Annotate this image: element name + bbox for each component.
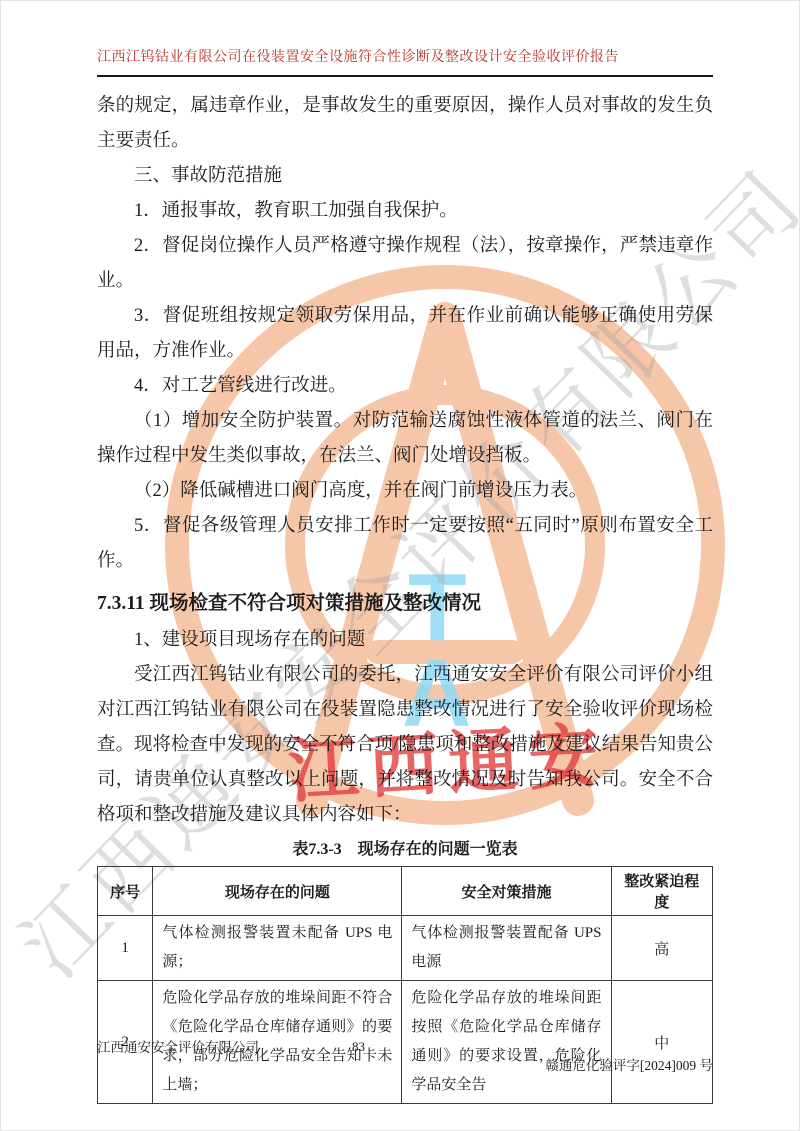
paragraph-entrustment: 受江西江钨钴业有限公司的委托，江西通安安全评价有限公司评价小组对江西江钨钴业有限…	[97, 658, 713, 833]
cell-urgency: 中	[611, 981, 713, 1104]
paragraph-item-4-1: （1）增加安全防护装置。对防范输送腐蚀性液体管道的法兰、阀门在操作过程中发生类似…	[97, 404, 713, 474]
footer-company-name: 江西通安安全评价有限公司	[97, 1036, 259, 1056]
paragraph-heading-three: 三、事故防范措施	[97, 159, 713, 194]
paragraph-subitem-1: 1、建设项目现场存在的问题	[97, 623, 713, 658]
col-header-problem: 现场存在的问题	[153, 867, 402, 916]
paragraph-item-5: 5．督促各级管理人员安排工作时一定要按照“五同时”原则布置安全工作。	[97, 509, 713, 579]
footer-doc-number: 赣通危化验评字[2024]009 号	[545, 1054, 713, 1074]
col-header-urgency: 整改紧迫程度	[611, 867, 713, 916]
page-content: 江西江钨钴业有限公司在役装置安全设施符合性诊断及整改设计安全验收评价报告 条的规…	[97, 48, 713, 1104]
cell-measure: 气体检测报警装置配备 UPS 电源	[402, 916, 611, 981]
cell-measure: 危险化学品存放的堆垛间距按照《危险化学品仓库储存通则》的要求设置，危险化学品安全…	[402, 981, 611, 1104]
paragraph-continuation: 条的规定，属违章作业，是事故发生的重要原因，操作人员对事故的发生负主要责任。	[97, 89, 713, 159]
section-heading-7-3-11: 7.3.11 现场检查不符合项对策措施及整改情况	[97, 589, 713, 619]
report-page: T A 江西通安安全评价有限公司 江西通安 江西江钨钴业有限公司在役装置安全设施…	[0, 0, 800, 1131]
col-header-measure: 安全对策措施	[402, 867, 611, 916]
cell-problem: 气体检测报警装置未配备 UPS 电源；	[153, 916, 402, 981]
paragraph-item-1: 1．通报事故，教育职工加强自我保护。	[97, 194, 713, 229]
paragraph-item-4: 4．对工艺管线进行改进。	[97, 369, 713, 404]
table-row: 1 气体检测报警装置未配备 UPS 电源； 气体检测报警装置配备 UPS 电源 …	[98, 916, 713, 981]
paragraph-item-4-2: （2）降低碱槽进口阀门高度，并在阀门前增设压力表。	[97, 474, 713, 509]
paragraph-item-2: 2．督促岗位操作人员严格遵守操作规程（法），按章操作，严禁违章作业。	[97, 229, 713, 299]
col-header-seq: 序号	[98, 867, 153, 916]
table-caption: 表7.3-3 现场存在的问题一览表	[97, 839, 713, 861]
cell-urgency: 高	[611, 916, 713, 981]
table-header-row: 序号 现场存在的问题 安全对策措施 整改紧迫程度	[98, 867, 713, 916]
running-header-title: 江西江钨钴业有限公司在役装置安全设施符合性诊断及整改设计安全验收评价报告	[97, 48, 713, 77]
cell-seq: 1	[98, 916, 153, 981]
paragraph-item-3: 3．督促班组按规定领取劳保用品，并在作业前确认能够正确使用劳保用品，方准作业。	[97, 299, 713, 369]
footer-page-number: 83	[352, 1039, 365, 1055]
